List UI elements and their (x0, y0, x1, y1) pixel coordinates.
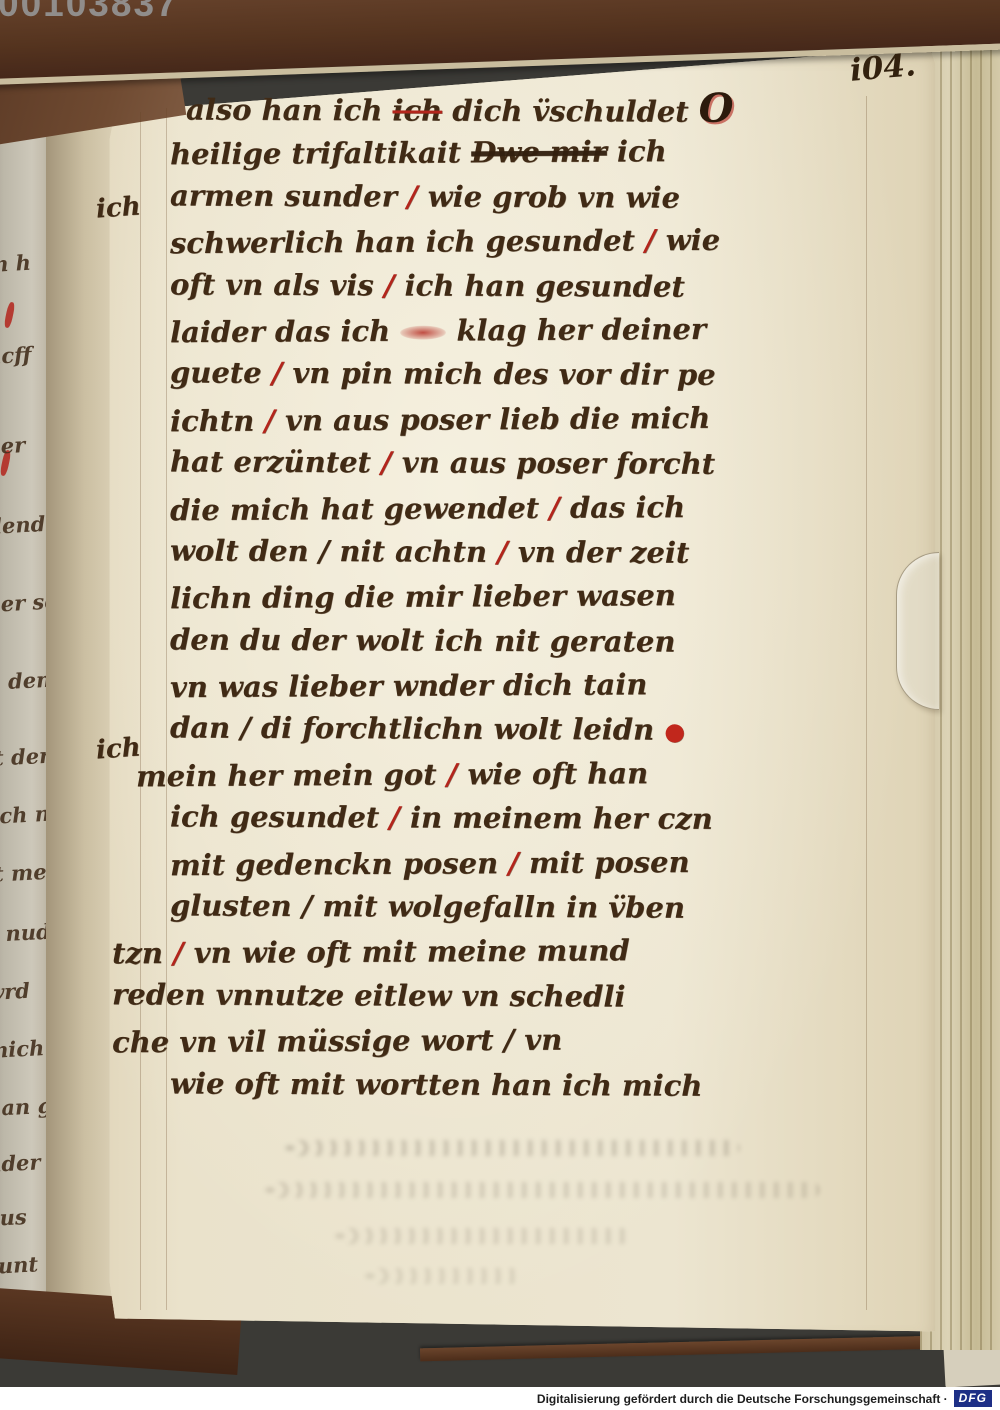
manuscript-line: ich gesundet / in meinem her czn (170, 795, 894, 843)
text-segment: glusten (170, 888, 302, 923)
manuscript-line: tzn / vn wie oft mit meine mund (112, 927, 894, 976)
text-segment: mit wolgefalln in v̈ben (312, 889, 685, 925)
text-segment: vn wie oft mit meine mund (184, 934, 630, 971)
text-segment: das ich (560, 490, 686, 525)
text-segment: wie (655, 223, 720, 257)
red-ink-drop: ● (664, 717, 685, 746)
margin-note: ich (95, 189, 171, 224)
text-segment: vn der zeit (508, 535, 690, 570)
text-segment: dan (170, 711, 240, 745)
text-segment: armen sunder (170, 178, 407, 213)
text-segment: vn (514, 1023, 562, 1057)
text-segment: laider das ich (170, 314, 400, 349)
text-segment: / (504, 1023, 515, 1057)
manuscript-line: wie oft mit wortten han ich mich (170, 1061, 894, 1109)
text-segment: che vn vil müssige wort (112, 1023, 504, 1059)
ghost-text (260, 1182, 820, 1198)
text-segment: ich (607, 135, 667, 169)
page-marker-tab (896, 552, 939, 710)
red-mark (3, 302, 15, 329)
clasp-strap (420, 1334, 1000, 1362)
manuscript-line: che vn vil müssige wort / vn (112, 1016, 894, 1065)
folio-number: i04. (849, 47, 918, 89)
text-segment: / (240, 711, 251, 745)
text-segment: wie grob vn wie (418, 179, 681, 214)
text-segment: ich han gesundet (394, 268, 685, 303)
text-segment: guete (170, 356, 272, 390)
text-segment: vn aus poser forcht (392, 446, 716, 481)
text-segment: ichtn (170, 403, 265, 438)
manuscript-line: ichtn / vn aus poser lieb die mich (170, 395, 894, 444)
ghost-text (360, 1268, 520, 1284)
text-segment: / (407, 179, 418, 213)
text-segment: / (389, 801, 400, 835)
text-segment: / (302, 889, 313, 923)
text-segment: vn aus poser lieb die mich (275, 401, 711, 438)
text-segment: lichn ding die mir lieber wasen (170, 578, 676, 615)
text-segment: dich v̈schuldet (442, 94, 699, 129)
text-segment: Dwe mir (471, 135, 607, 170)
text-segment: klag her deiner (446, 312, 706, 348)
text-segment: heilige trifaltikait (170, 136, 471, 172)
manuscript-text: also han ich ich dich v̈schuldet Oheilig… (170, 86, 894, 1107)
footer-bar: Digitalisierung gefördert durch die Deut… (0, 1387, 1000, 1410)
text-segment: di forchtlichn wolt leidn (251, 711, 665, 747)
text-segment: O (699, 85, 734, 132)
text-segment: vn was lieber wnder dich tain (170, 667, 648, 704)
margin-note: ich (95, 730, 171, 765)
manuscript-line: glusten / mit wolgefalln in v̈ben (170, 883, 894, 931)
manuscript-scan-photo: m hücffderllendder seb denit derech ntit… (0, 0, 1000, 1410)
manuscript-line: armen sunder / wie grob vn wie (170, 173, 894, 221)
manuscript-line: also han ich ich dich v̈schuldet O (170, 84, 894, 132)
text-segment: / (645, 223, 656, 257)
manuscript-line: dan / di forchtlichn wolt leidn ● (170, 706, 894, 754)
text-segment: wie oft han (457, 756, 648, 791)
manuscript-line: heilige trifaltikait Dwe mir ich (170, 128, 894, 177)
text-segment: / (447, 757, 458, 791)
text-segment: / (272, 356, 283, 390)
text-segment: / (319, 534, 330, 568)
ghost-text (280, 1140, 740, 1156)
manuscript-line: den du der wolt ich nit geraten (170, 617, 894, 665)
text-segment: / (381, 445, 392, 479)
text-segment: / (508, 846, 519, 880)
text-segment: nit achtn (329, 534, 497, 569)
text-segment: ich gesundet (170, 800, 389, 835)
text-segment: ich (392, 93, 442, 127)
ink-blot (400, 325, 446, 339)
text-segment: wie oft mit wortten han ich mich (170, 1066, 703, 1102)
manuscript-line: reden vnnutze eitlew vn schedli (112, 972, 894, 1020)
text-segment: / (549, 490, 560, 524)
text-segment: hat erzüntet (170, 445, 381, 480)
ruling-line (166, 108, 167, 1310)
text-segment: die mich hat gewendet (170, 490, 549, 526)
dfg-logo: DFG (954, 1390, 992, 1407)
text-segment: / (173, 936, 184, 970)
manuscript-line: hat erzüntet / vn aus poser forcht (170, 440, 894, 488)
manuscript-line: oft vn als vis / ich han gesundet (170, 262, 894, 310)
ruling-line (140, 112, 141, 1310)
text-segment: also han ich (186, 92, 393, 127)
text-segment: in meinem her czn (400, 801, 713, 836)
text-segment: tzn (112, 936, 173, 970)
text-segment: wolt den (170, 533, 319, 568)
manuscript-line: mein her mein got / wie oft han (136, 750, 894, 799)
watermark-number: 00103837 (0, 0, 179, 25)
manuscript-line: lichn ding die mir lieber wasen (170, 572, 894, 621)
manuscript-line: laider das ich klag her deiner (170, 306, 894, 355)
text-segment: den du der wolt ich nit geraten (170, 622, 676, 658)
manuscript-line: schwerlich han ich gesundet / wie (170, 217, 894, 266)
ghost-text (330, 1228, 630, 1244)
text-segment: mein her mein got (136, 757, 447, 793)
manuscript-line: mit gedenckn posen / mit posen (170, 838, 894, 887)
footer-credit: Digitalisierung gefördert durch die Deut… (537, 1392, 948, 1406)
text-segment: mit posen (519, 845, 690, 880)
text-segment: oft vn als vis (170, 267, 384, 302)
manuscript-line: vn was lieber wnder dich tain (170, 661, 894, 710)
manuscript-line: guete / vn pin mich des vor dir pe (170, 351, 894, 399)
text-segment: / (384, 268, 395, 302)
manuscript-line: die mich hat gewendet / das ich (170, 483, 894, 532)
manuscript-line: wolt den / nit achtn / vn der zeit (170, 528, 894, 576)
text-segment: schwerlich han ich gesundet (170, 223, 645, 260)
text-segment: reden vnnutze eitlew vn schedli (112, 977, 626, 1013)
text-segment: / (497, 535, 508, 569)
text-segment: / (264, 403, 275, 437)
text-segment: mit gedenckn posen (170, 846, 508, 882)
text-segment: vn pin mich des vor dir pe (282, 356, 715, 392)
